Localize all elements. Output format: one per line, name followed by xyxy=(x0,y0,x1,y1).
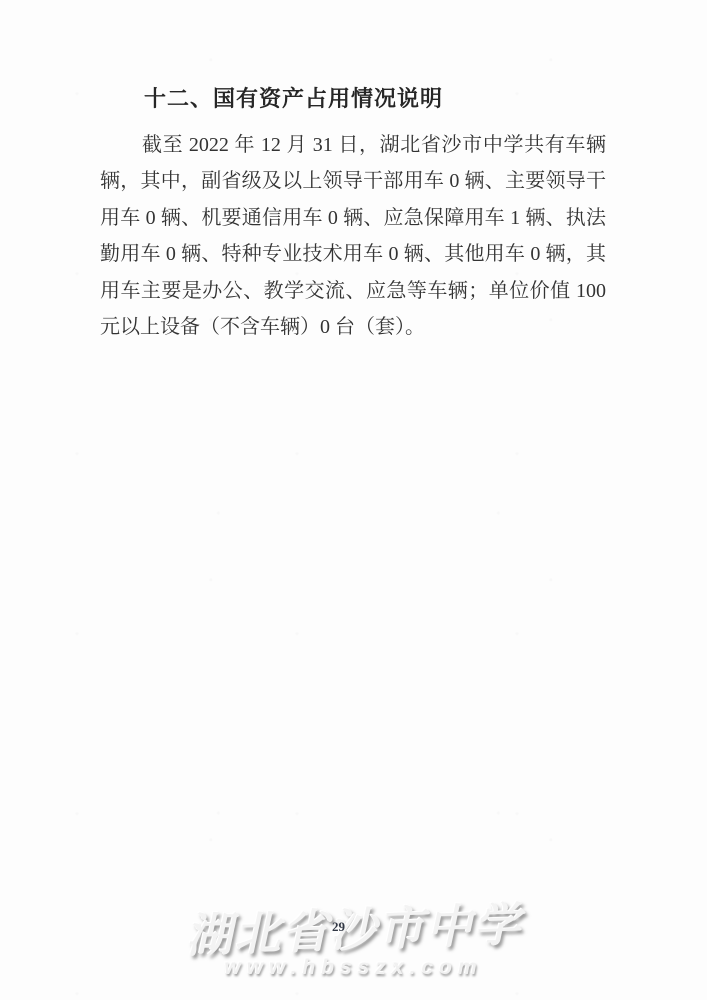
watermark-school-name: 湖北省沙市中学 xyxy=(184,888,522,966)
page-number: 29 xyxy=(332,919,345,935)
paragraph: 截至 2022 年 12 月 31 日，湖北省沙市中学共有车辆 1 辆，其中，副… xyxy=(100,127,606,345)
document-content: 十二、国有资产占用情况说明 截至 2022 年 12 月 31 日，湖北省沙市中… xyxy=(100,86,606,345)
paragraph-line: 元以上设备（不含车辆）0 台（套）。 xyxy=(100,309,606,345)
paragraph-line: 勤用车 0 辆、特种专业技术用车 0 辆、其他用车 0 辆，其他 xyxy=(100,236,606,272)
paragraph-line: 辆，其中，副省级及以上领导干部用车 0 辆、主要领导干部 xyxy=(100,163,606,199)
paragraph-line: 截至 2022 年 12 月 31 日，湖北省沙市中学共有车辆 1 xyxy=(100,127,606,163)
paragraph-line: 用车主要是办公、教学交流、应急等车辆；单位价值 100 万 xyxy=(100,273,606,309)
section-heading: 十二、国有资产占用情况说明 xyxy=(100,86,606,112)
paragraph-line: 用车 0 辆、机要通信用车 0 辆、应急保障用车 1 辆、执法执 xyxy=(100,200,606,236)
watermark-url: www.hbsszx.com xyxy=(0,956,707,980)
document-page: 十二、国有资产占用情况说明 截至 2022 年 12 月 31 日，湖北省沙市中… xyxy=(0,0,707,1000)
page-footer: 湖北省沙市中学 29 www.hbsszx.com xyxy=(0,880,707,1000)
